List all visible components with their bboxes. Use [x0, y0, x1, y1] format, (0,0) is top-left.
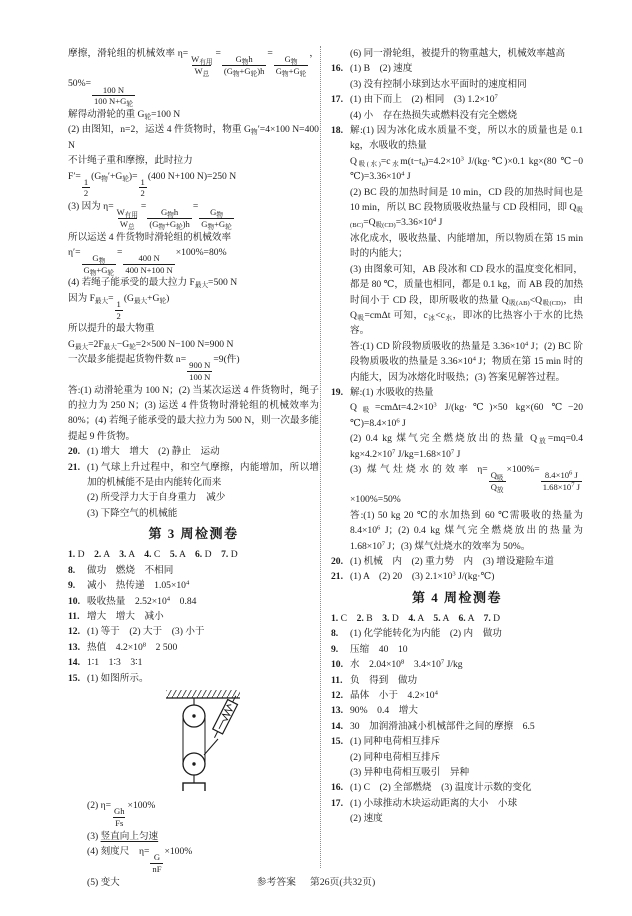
- footer-title: 参考答案: [257, 877, 296, 888]
- answer-line: 16.(1) C (2) 全部燃烧 (3) 温度计示数的变化: [331, 780, 583, 795]
- fraction: 12: [82, 177, 90, 199]
- answer-line: 所以运送 4 件货物时滑轮组的机械效率: [68, 230, 319, 245]
- fraction: W有用W总: [189, 54, 214, 76]
- answer-line: (3) 竖直向上匀速: [68, 829, 319, 844]
- page-footer: 参考答案第26页(共32页): [0, 874, 632, 888]
- question-number: 13.: [331, 703, 343, 718]
- question-number: 11.: [331, 673, 342, 688]
- answer-line: (2) 0.4 kg 煤气完全燃烧放出的热量 Q放=mq=0.4 kg×4.2×…: [331, 431, 583, 462]
- answer-line: (2) 所受浮力大于自身重力 减少: [68, 490, 319, 505]
- question-number: 18.: [331, 123, 343, 138]
- answer-line: 15.(1) 同种电荷相互排斥: [331, 734, 583, 749]
- answer-line: 9.减小 热传递 1.05×104: [68, 578, 319, 593]
- fraction: 400 N400 N+100 N: [123, 253, 174, 275]
- answer-line: 1. C 2. B 3. D 4. A 5. A 6. A 7. D: [331, 611, 583, 626]
- answer-line: 8.(1) 化学能转化为内能 (2) 内 做功: [331, 626, 583, 641]
- question-number: 21.: [331, 569, 343, 584]
- answer-line: 14.30 加润滑油减小机械部件之间的摩擦 6.5: [331, 719, 583, 734]
- answer-line: 19.解:(1) 水吸收的热量: [331, 385, 583, 400]
- answer-line: 20.(1) 增大 增大 (2) 静止 运动: [68, 444, 319, 459]
- answer-line: Q吸=cmΔt=4.2×103 J/(kg·℃)×50 kg×(60 ℃−20 …: [331, 400, 583, 431]
- answer-line: 答:(1) 动滑轮重为 100 N；(2) 当某次运送 4 件货物时，绳子的拉力…: [68, 383, 319, 445]
- answer-line: 答:(1) 50 kg 20 ℃的水加热到 60 ℃需吸收的热量为 8.4×10…: [331, 508, 583, 554]
- ceiling-hatch: [166, 690, 240, 698]
- answer-line: 一次最多能提起货物件数 n=900 N100 N=9(件): [68, 352, 319, 382]
- question-number: 8.: [68, 563, 75, 578]
- answer-line: 18.解:(1) 因为冰化成水质量不变，所以水的质量也是 0.1 kg，水吸收的…: [331, 123, 583, 154]
- answer-line: 冰化成水，吸收热量、内能增加，所以物质在第 15 min 时的内能大；: [331, 231, 583, 262]
- fraction: 900 N100 N: [187, 360, 212, 382]
- answer-line: (2) 速度: [331, 811, 583, 826]
- answer-line: 12.(1) 等于 (2) 大于 (3) 小于: [68, 624, 319, 639]
- answer-line: (2) 由图知，n=2，运送 4 件货物时，物重 G物′=4×100 N=400…: [68, 122, 319, 153]
- fraction: G物G物+G轮: [199, 207, 233, 229]
- answer-line: (6) 同一滑轮组，被提升的物重越大，机械效率越高: [331, 46, 583, 61]
- answer-line: 因为 F最大=12(G最大+G轮): [68, 291, 319, 321]
- question-number: 8.: [331, 626, 338, 641]
- question-number: 15.: [331, 734, 343, 749]
- left-column: 摩擦，滑轮组的机械效率 η=W有用W总=G物h(G物+G轮)h=G物G物+G轮，…: [68, 46, 319, 890]
- answer-key-page: 摩擦，滑轮组的机械效率 η=W有用W总=G物h(G物+G轮)h=G物G物+G轮，…: [0, 0, 632, 916]
- right-column: (6) 同一滑轮组，被提升的物重越大，机械效率越高16.(1) B (2) 速度…: [331, 46, 583, 827]
- question-number: 19.: [331, 385, 343, 400]
- answer-line: Q吸(水)=c水m(t−t0)=4.2×103 J/(kg·℃)×0.1 kg×…: [331, 154, 583, 185]
- answer-line: 12.晶体 小于 4.2×104: [331, 688, 583, 703]
- column-divider: [320, 46, 321, 868]
- fraction: G物h(G物+G轮)h: [147, 207, 192, 229]
- answer-line: (4) 刻度尺 η=GnF×100%: [68, 844, 319, 874]
- answer-line: (3) 没有控制小球到达水平面时的速度相同: [331, 77, 583, 92]
- fraction: Q吸Q放: [489, 470, 506, 492]
- question-number: 20.: [331, 554, 343, 569]
- fraction: 12: [139, 177, 147, 199]
- answer-line: 14.1∶1 1∶3 3∶1: [68, 655, 319, 670]
- fraction: G物G物+G轮: [274, 54, 308, 76]
- pulley-figure: [68, 687, 319, 796]
- question-number: 14.: [331, 719, 343, 734]
- answer-line: 20.(1) 机械 内 (2) 重力势 内 (3) 增设避险车道: [331, 554, 583, 569]
- answer-line: 所以提升的最大物重: [68, 321, 319, 336]
- fraction: W有用W总: [115, 207, 140, 229]
- answer-line: F′=12(G物′+G轮)=12(400 N+100 N)=250 N: [68, 169, 319, 199]
- answer-line: 16.(1) B (2) 速度: [331, 61, 583, 76]
- question-number: 15.: [68, 671, 80, 686]
- question-number: 16.: [331, 61, 343, 76]
- answer-line: 15.(1) 如图所示。: [68, 671, 319, 686]
- fraction: 100 N100 N+G轮: [92, 85, 135, 107]
- answer-line: 21.(1) A (2) 20 (3) 2.1×103 J/(kg·℃): [331, 569, 583, 584]
- answer-line: (3) 下降空气的机械能: [68, 506, 319, 521]
- section-heading: 第 4 周检测卷: [331, 587, 583, 609]
- question-number: 20.: [68, 444, 80, 459]
- section-heading: 第 3 周检测卷: [68, 523, 319, 545]
- answer-line: 17.(1) 小球推动木块运动距离的大小 小球: [331, 796, 583, 811]
- answer-line: 10.水 2.04×108 3.4×107 J/kg: [331, 657, 583, 672]
- answer-line: 17.(1) 由下而上 (2) 相同 (3) 1.2×107: [331, 92, 583, 107]
- fraction: GhFs: [112, 806, 127, 828]
- footer-page-number: 第26页(共32页): [310, 877, 375, 888]
- question-number: 13.: [68, 640, 80, 655]
- answer-line: (3) 异种电荷相互吸引 异种: [331, 765, 583, 780]
- answer-line: (3) 因为 η=W有用W总=G物h(G物+G轮)h=G物G物+G轮: [68, 199, 319, 229]
- answer-line: 21.(1) 气球上升过程中，和空气摩擦，内能增加，所以增加的机械能不是由内能转…: [68, 460, 319, 491]
- fraction: 8.4×106 J1.68×107 J: [541, 470, 582, 492]
- answer-line: 1. D 2. A 3. A 4. C 5. A 6. D 7. D: [68, 547, 319, 562]
- question-number: 12.: [331, 688, 343, 703]
- answer-line: 8.做功 燃烧 不相同: [68, 563, 319, 578]
- answer-line: (3) 由图象可知，AB 段冰和 CD 段水的温度变化相同，都是 80 ℃，质量…: [331, 262, 583, 339]
- weight-block: [183, 783, 205, 791]
- answer-line: 11.负 得到 做功: [331, 673, 583, 688]
- question-number: 9.: [68, 578, 75, 593]
- answer-line: 答:(1) CD 阶段物质吸收的热量是 3.36×104 J；(2) BC 阶段…: [331, 339, 583, 385]
- answer-line: 10.吸收热量 2.52×104 0.84: [68, 594, 319, 609]
- question-number: 17.: [331, 796, 343, 811]
- answer-line: 13.90% 0.4 增大: [331, 703, 583, 718]
- answer-line: G最大=2F最大−G轮=2×500 N−100 N=900 N: [68, 337, 319, 352]
- answer-line: (3) 煤气灶烧水的效率 η=Q吸Q放×100%=8.4×106 J1.68×1…: [331, 462, 583, 508]
- answer-line: (2) BC 段的加热时间是 10 min，CD 段的加热时间也是 10 min…: [331, 185, 583, 231]
- answer-line: η′=G物G物+G轮=400 N400 N+100 N×100%=80%: [68, 245, 319, 275]
- answer-line: 9.压缩 40 10: [331, 642, 583, 657]
- question-number: 11.: [68, 609, 79, 624]
- answer-line: (2) 同种电荷相互排斥: [331, 750, 583, 765]
- question-number: 10.: [331, 657, 343, 672]
- fraction: 12: [115, 299, 123, 321]
- question-number: 21.: [68, 460, 80, 475]
- fraction: G物G物+G轮: [82, 253, 116, 275]
- question-number: 16.: [331, 780, 343, 795]
- spring-scale: [209, 693, 240, 740]
- answer-line: 11.增大 增大 减小: [68, 609, 319, 624]
- answer-line: (4) 小 存在热损失或燃料没有完全燃烧: [331, 108, 583, 123]
- question-number: 14.: [68, 655, 80, 670]
- fraction: GnF: [150, 852, 163, 874]
- question-number: 9.: [331, 642, 338, 657]
- question-number: 10.: [68, 594, 80, 609]
- answer-line: (2) η=GhFs×100%: [68, 798, 319, 828]
- fraction: G物h(G物+G轮)h: [222, 54, 267, 76]
- pulley-diagram-svg: [138, 687, 250, 791]
- question-number: 12.: [68, 624, 80, 639]
- answer-line: (4) 若绳子能承受的最大拉力 F最大=500 N: [68, 275, 319, 290]
- answer-line: 13.热值 4.2×108 2 500: [68, 640, 319, 655]
- question-number: 17.: [331, 92, 343, 107]
- answer-line: 不计绳子重和摩擦，此时拉力: [68, 153, 319, 168]
- answer-line: 摩擦，滑轮组的机械效率 η=W有用W总=G物h(G物+G轮)h=G物G物+G轮，…: [68, 46, 319, 107]
- answer-line: 解得动滑轮的重 G轮=100 N: [68, 107, 319, 122]
